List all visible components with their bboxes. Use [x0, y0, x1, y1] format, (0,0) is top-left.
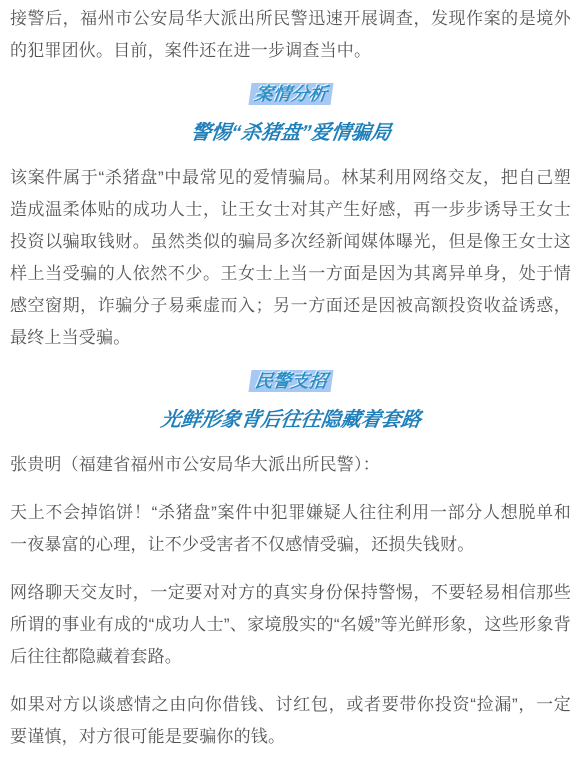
paragraph-officer-attribution: 张贵明（福建省福州市公安局华大派出所民警）： — [10, 449, 571, 481]
section-header-case-analysis: 案情分析 — [10, 83, 571, 105]
section-subtitle-row-case-analysis: 警惕“杀猪盘”爱情骗局 — [10, 115, 571, 148]
paragraph-case-analysis: 该案件属于“杀猪盘”中最常见的爱情骗局。林某利用网络交友，把自己塑造成温柔体贴的… — [10, 162, 571, 354]
section-header-police-tips: 民警支招 — [10, 370, 571, 392]
section-subtitle-police-tips: 光鲜形象背后往往隐藏着套路 — [158, 405, 422, 435]
section-badge-case-analysis: 案情分析 — [248, 83, 333, 105]
paragraph-tip-1: 天上不会掉馅饼！“杀猪盘”案件中犯罪嫌疑人往往利用一部分人想脱单和一夜暴富的心理… — [10, 497, 571, 561]
paragraph-tip-2: 网络聊天交友时，一定要对对方的真实身份保持警惕，不要轻易相信那些所谓的事业有成的… — [10, 577, 571, 673]
section-subtitle-case-analysis: 警惕“杀猪盘”爱情骗局 — [188, 118, 392, 148]
paragraph-intro: 接警后，福州市公安局华大派出所民警迅速开展调查，发现作案的是境外的犯罪团伙。目前… — [10, 3, 571, 67]
paragraph-tip-3: 如果对方以谈感情之由向你借钱、讨红包，或者要带你投资“捡漏”，一定要谨慎，对方很… — [10, 689, 571, 753]
article-page: 接警后，福州市公安局华大派出所民警迅速开展调查，发现作案的是境外的犯罪团伙。目前… — [0, 0, 581, 779]
section-subtitle-row-police-tips: 光鲜形象背后往往隐藏着套路 — [10, 402, 571, 435]
section-badge-police-tips: 民警支招 — [248, 370, 333, 392]
